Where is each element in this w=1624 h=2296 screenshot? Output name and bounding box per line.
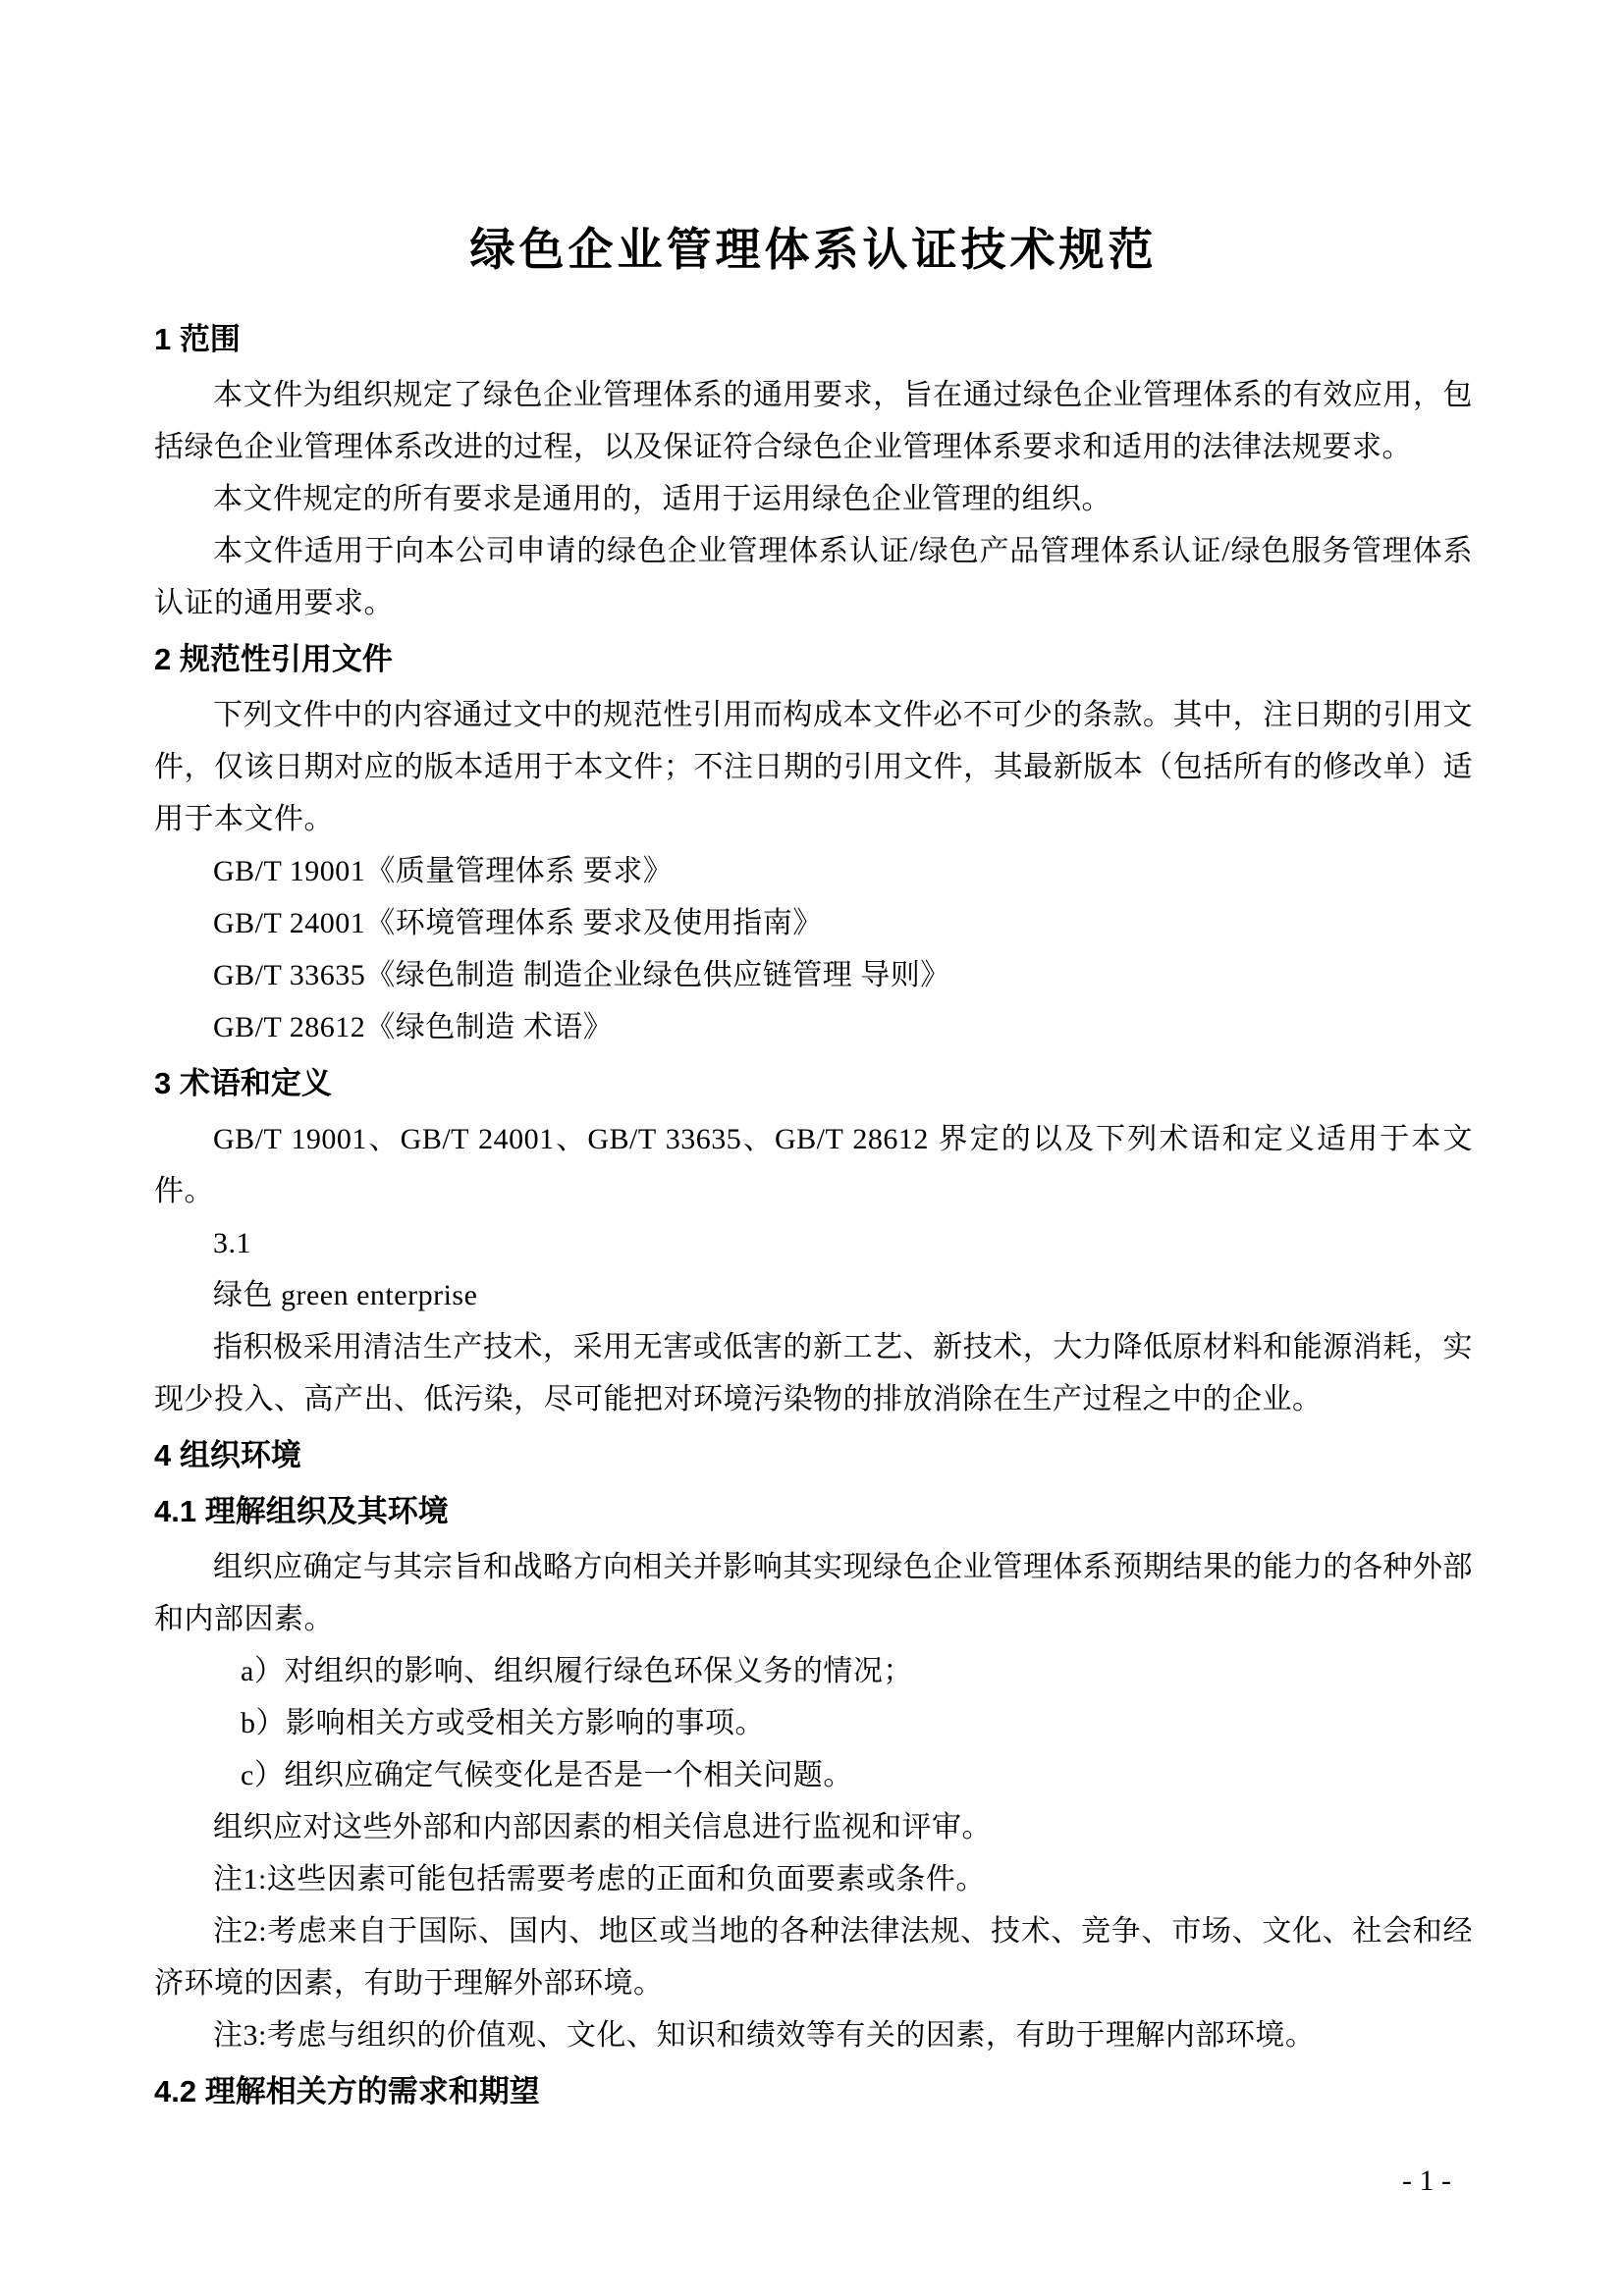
reference-item: GB/T 19001《质量管理体系 要求》 (154, 845, 1473, 897)
note-2: 注2:考虑来自于国际、国内、地区或当地的各种法律法规、技术、竞争、市场、文化、社… (154, 1905, 1473, 2009)
section-4-1-paragraph-2: 组织应对这些外部和内部因素的相关信息进行监视和评审。 (154, 1801, 1473, 1853)
document-page: 绿色企业管理体系认证技术规范 1 范围 本文件为组织规定了绿色企业管理体系的通用… (0, 0, 1624, 2296)
term-name: 绿色 green enterprise (154, 1269, 1473, 1321)
section-1-paragraph-3: 本文件适用于向本公司申请的绿色企业管理体系认证/绿色产品管理体系认证/绿色服务管… (154, 525, 1473, 629)
section-1-heading: 1 范围 (154, 313, 1473, 365)
term-number: 3.1 (154, 1217, 1473, 1269)
section-4-2-heading: 4.2 理解相关方的需求和期望 (154, 2065, 1473, 2117)
document-content: 绿色企业管理体系认证技术规范 1 范围 本文件为组织规定了绿色企业管理体系的通用… (154, 0, 1473, 2121)
reference-item: GB/T 24001《环境管理体系 要求及使用指南》 (154, 897, 1473, 949)
reference-item: GB/T 33635《绿色制造 制造企业绿色供应链管理 导则》 (154, 949, 1473, 1001)
section-3-intro: GB/T 19001、GB/T 24001、GB/T 33635、GB/T 28… (154, 1113, 1473, 1217)
section-4-1-paragraph-1: 组织应确定与其宗旨和战略方向相关并影响其实现绿色企业管理体系预期结果的能力的各种… (154, 1541, 1473, 1645)
page-number: - 1 - (1402, 2162, 1451, 2201)
section-3-heading: 3 术语和定义 (154, 1057, 1473, 1109)
list-item-c: c）组织应确定气候变化是否是一个相关问题。 (154, 1749, 1473, 1801)
section-2-intro: 下列文件中的内容通过文中的规范性引用而构成本文件必不可少的条款。其中，注日期的引… (154, 689, 1473, 845)
list-item-a: a）对组织的影响、组织履行绿色环保义务的情况； (154, 1645, 1473, 1697)
note-1: 注1:这些因素可能包括需要考虑的正面和负面要素或条件。 (154, 1853, 1473, 1905)
section-1-paragraph-2: 本文件规定的所有要求是通用的，适用于运用绿色企业管理的组织。 (154, 473, 1473, 525)
term-definition: 指积极采用清洁生产技术，采用无害或低害的新工艺、新技术，大力降低原材料和能源消耗… (154, 1321, 1473, 1425)
document-title: 绿色企业管理体系认证技术规范 (154, 219, 1473, 282)
section-2-heading: 2 规范性引用文件 (154, 633, 1473, 685)
list-item-b: b）影响相关方或受相关方影响的事项。 (154, 1697, 1473, 1749)
note-3: 注3:考虑与组织的价值观、文化、知识和绩效等有关的因素，有助于理解内部环境。 (154, 2009, 1473, 2061)
section-4-heading: 4 组织环境 (154, 1429, 1473, 1481)
section-4-1-heading: 4.1 理解组织及其环境 (154, 1485, 1473, 1537)
section-1-paragraph-1: 本文件为组织规定了绿色企业管理体系的通用要求，旨在通过绿色企业管理体系的有效应用… (154, 369, 1473, 473)
reference-item: GB/T 28612《绿色制造 术语》 (154, 1001, 1473, 1053)
